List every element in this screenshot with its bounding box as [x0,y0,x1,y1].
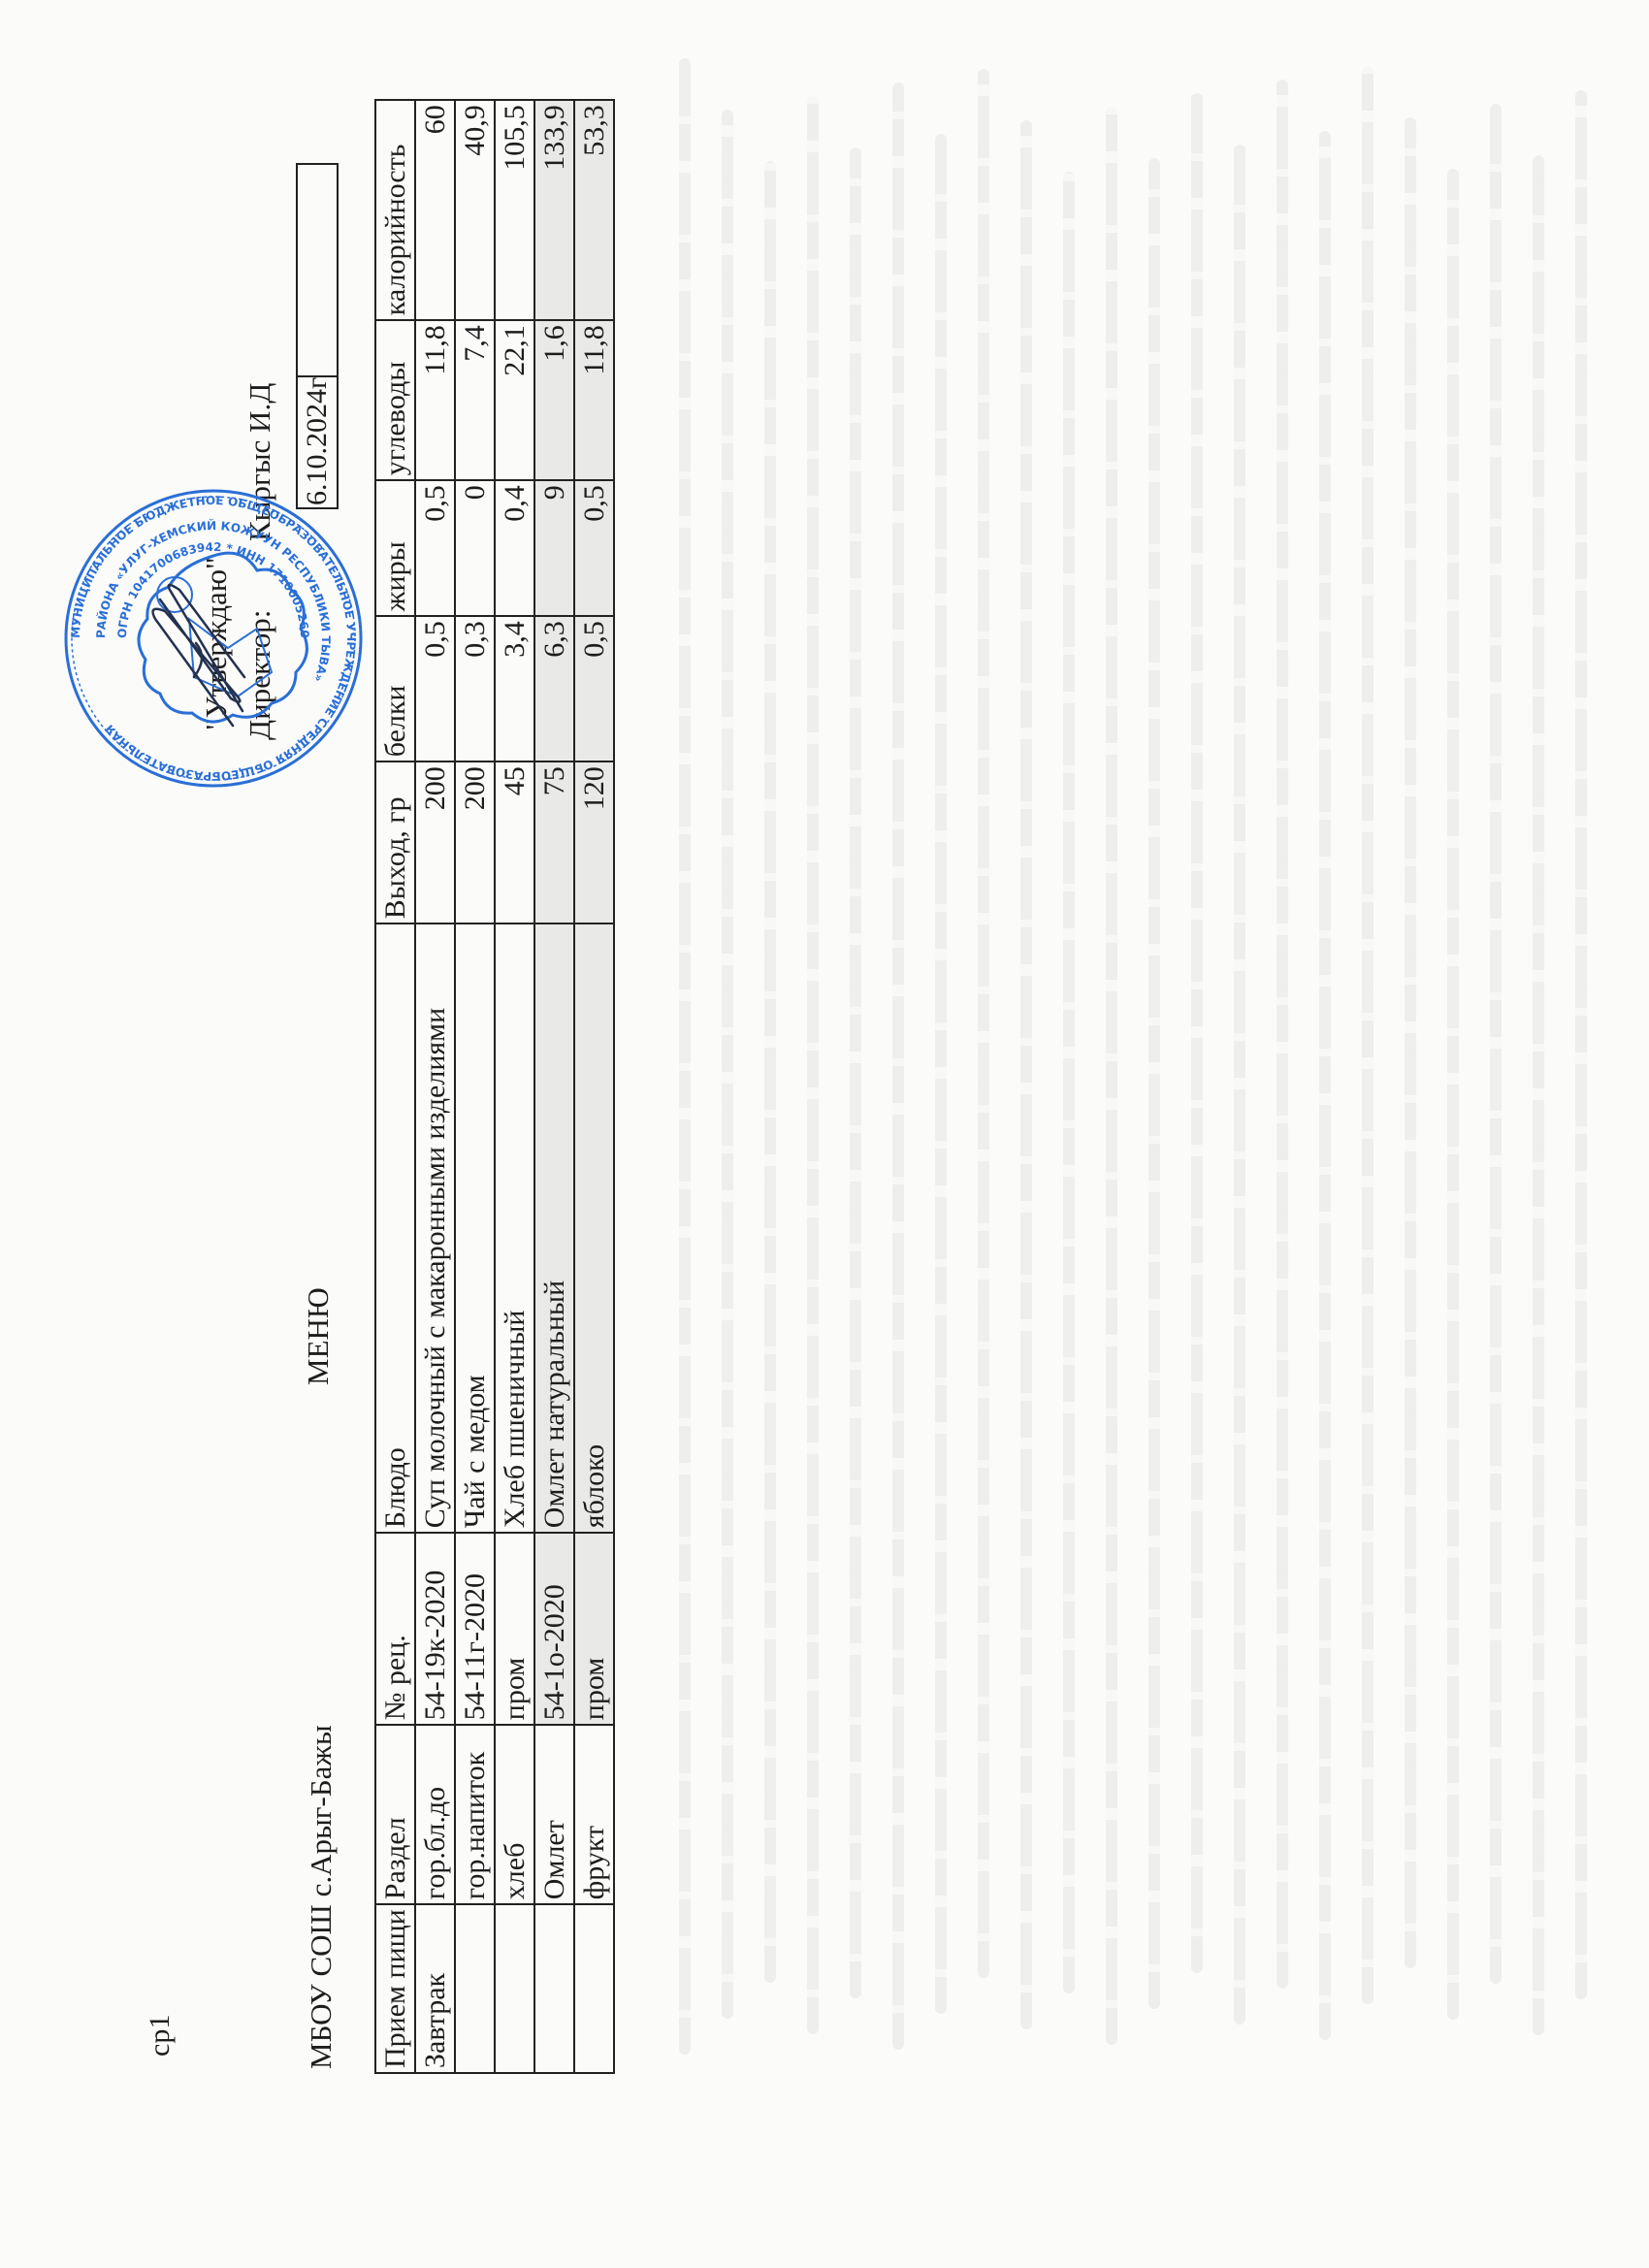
cell-section: Омлет [534,1725,574,1904]
cell-calories: 133,9 [534,100,574,320]
cell-proteins: 0,5 [415,616,455,761]
cell-carbs: 7,4 [455,320,495,480]
header-calories: калорийность [375,100,415,320]
cell-section: хлеб [495,1725,534,1904]
cell-calories: 53,3 [574,100,614,320]
date-box-empty-cell [298,165,337,375]
header-recipe-no: № рец. [375,1533,415,1725]
header-proteins: белки [375,616,415,761]
table-row: хлебпромХлеб пшеничный453,40,422,1105,5 [495,100,534,2073]
cell-output: 200 [455,761,495,923]
menu-table: Прием пищи Раздел № рец. Блюдо Выход, гр… [374,99,615,2074]
date-box: 6.10.2024г [296,163,339,509]
rotated-document-page: ср1 МБОУ СОШ с.Арыг-Бажы МЕНЮ "Утверждаю… [0,0,1649,2268]
cell-output: 120 [574,761,614,923]
cell-fats: 0,5 [415,480,455,616]
cell-carbs: 1,6 [534,320,574,480]
cell-carbs: 11,8 [415,320,455,480]
cell-dish: Хлеб пшеничный [495,923,534,1533]
cell-output: 45 [495,761,534,923]
cell-fats: 0 [455,480,495,616]
table-row: Омлет54-1о-2020Омлет натуральный756,391,… [534,100,574,2073]
cell-carbs: 11,8 [574,320,614,480]
cell-recipe-no: 54-1о-2020 [534,1533,574,1725]
table-row: Завтракгор.бл.до54-19к-2020Суп молочный … [415,100,455,2073]
cell-calories: 40,9 [455,100,495,320]
header-carbs: углеводы [375,320,415,480]
cell-meal [455,1904,495,2073]
cell-meal: Завтрак [415,1904,455,2073]
cell-meal [534,1904,574,2073]
cell-recipe-no: пром [495,1533,534,1725]
cell-dish: Омлет натуральный [534,923,574,1533]
table-row: фруктпромяблоко1200,50,511,853,3 [574,100,614,2073]
header-section: Раздел [375,1725,415,1904]
director-signature [136,570,252,735]
cell-fats: 0,5 [574,480,614,616]
cell-dish: Суп молочный с макаронными изделиями [415,923,455,1533]
cell-section: гор.бл.до [415,1725,455,1904]
page-title: МЕНЮ [301,1287,336,1385]
cell-proteins: 3,4 [495,616,534,761]
table-header-row: Прием пищи Раздел № рец. Блюдо Выход, гр… [375,100,415,2073]
header-meal: Прием пищи [375,1904,415,2073]
cell-proteins: 6,3 [534,616,574,761]
header-dish: Блюдо [375,923,415,1533]
header-fats: жиры [375,480,415,616]
approval-date: 6.10.2024г [298,375,337,507]
cell-calories: 60 [415,100,455,320]
cell-output: 75 [534,761,574,923]
cell-section: фрукт [574,1725,614,1904]
cell-dish: Чай с медом [455,923,495,1533]
cell-recipe-no: 54-19к-2020 [415,1533,455,1725]
table-row: гор.напиток54-11г-2020Чай с медом2000,30… [455,100,495,2073]
cell-proteins: 0,3 [455,616,495,761]
cell-meal [574,1904,614,2073]
cell-dish: яблоко [574,923,614,1533]
cell-calories: 105,5 [495,100,534,320]
cell-meal [495,1904,534,2073]
cell-carbs: 22,1 [495,320,534,480]
cell-recipe-no: 54-11г-2020 [455,1533,495,1725]
cell-fats: 9 [534,480,574,616]
header-output: Выход, гр [375,761,415,923]
corner-code: ср1 [144,2015,177,2057]
cell-output: 200 [415,761,455,923]
school-name: МБОУ СОШ с.Арыг-Бажы [304,1725,339,2069]
cell-section: гор.напиток [455,1725,495,1904]
cell-fats: 0,4 [495,480,534,616]
show-through-text [0,0,1649,2268]
cell-proteins: 0,5 [574,616,614,761]
cell-recipe-no: пром [574,1533,614,1725]
